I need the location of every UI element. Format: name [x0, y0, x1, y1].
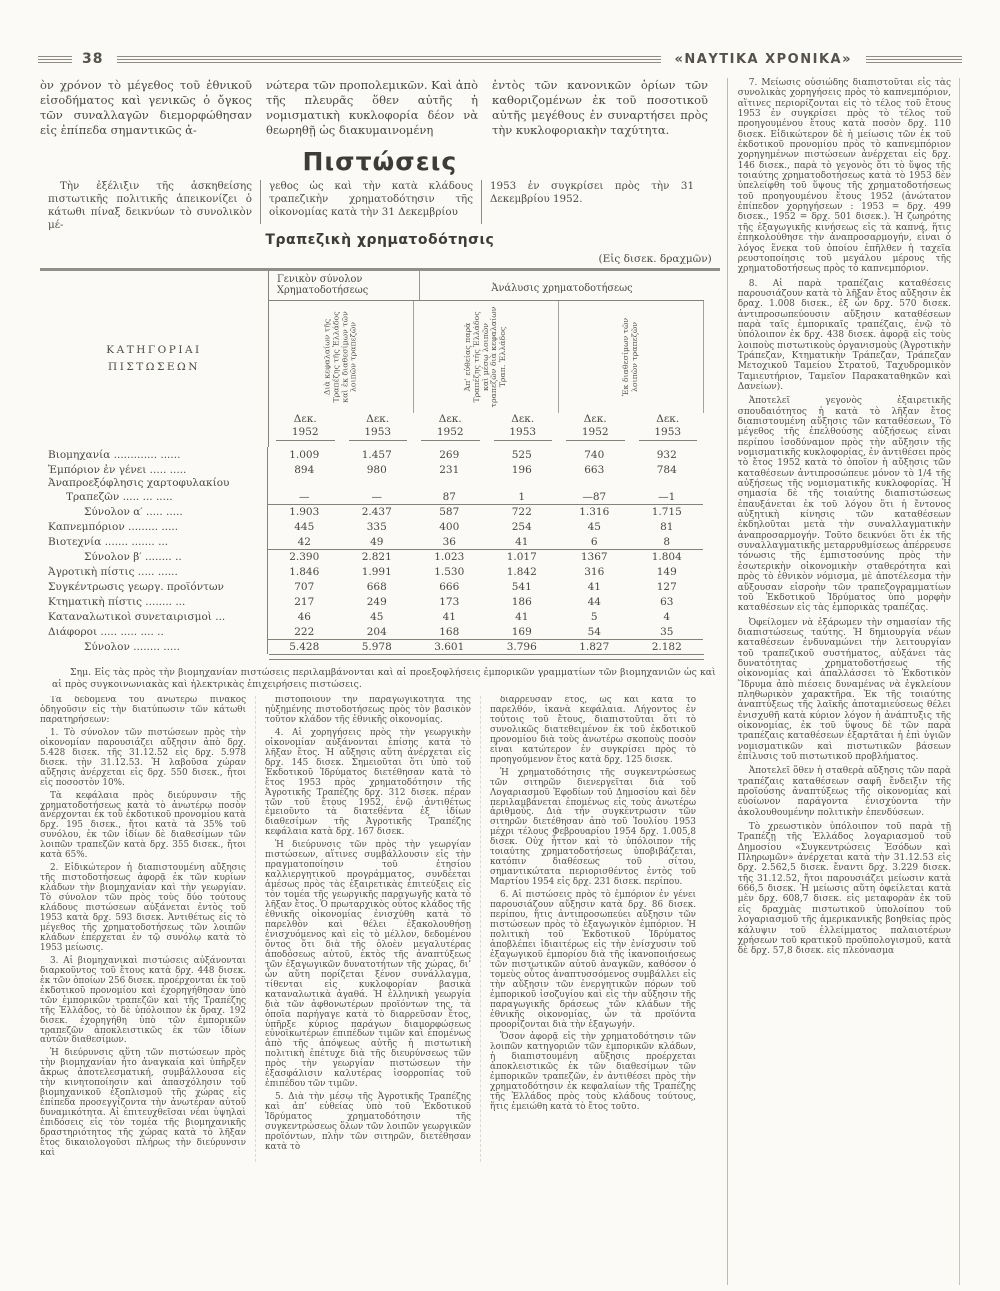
row-label: Καπνεμπόριον ......... ..... [40, 519, 268, 534]
cell-value: 5.428 [268, 639, 341, 654]
paragraph: 2. Εἰδικώτερον ἡ διαπιστουμένη αὔξησις τ… [40, 864, 246, 954]
main-columns: ὸν χρόνον τὸ μέγεθος τοῦ ἐθνικοῦ εἰσοδήμ… [40, 78, 720, 1285]
section-heading: Πιστώσεις [40, 147, 720, 176]
cell-value: 149 [631, 564, 704, 579]
paragraph: 7. Μείωσις οὐσιώδης διαπιστοῦται εἰς τὰς… [738, 78, 951, 275]
cell-value: 217 [268, 594, 341, 609]
paragraph: Τὰ δεδομένα τοῦ ἀνωτέρω πίνακος ὁδηγοῦσι… [40, 696, 246, 726]
cell-value: 204 [341, 624, 414, 639]
year-header-cell: Δεκ.1952 [269, 413, 342, 447]
body-column-1: Τὰ δεδομένα τοῦ ἀνωτέρω πίνακος ὁδηγοῦσι… [40, 696, 255, 1162]
cell-value: 316 [558, 564, 631, 579]
table-row: Διάφοροι ..... ..... .... .. 222 204 168… [40, 624, 704, 639]
table-row: Ἀγροτικὴ πίστις ..... ...... 1.846 1.991… [40, 564, 704, 579]
group-header-general-total: Γενικὸν σύνολον Χρηματοδοτήσεως [269, 271, 420, 301]
row-label: Συγκέντρωσις γεωργ. προϊόντων [40, 579, 268, 594]
cell-value: 1.903 [268, 504, 341, 519]
cell-value: 127 [631, 579, 704, 594]
magazine-page: 38 «ΝΑΥΤΙΚΑ ΧΡΟΝΙΚΑ» ὸν χρόνον τὸ μέγεθο… [0, 0, 1000, 1291]
body-column-2: πιστοποιοῦν τὴν παραγωγικότητα τῆς ηὐξημ… [255, 696, 480, 1162]
cell-value: 525 [486, 447, 559, 462]
row-label: Τραπεζῶν ..... ... ..... [40, 489, 268, 504]
row-label: Διάφοροι ..... ..... .... .. [40, 624, 268, 639]
cell-value: 1.827 [558, 639, 631, 654]
page-content: ὸν χρόνον τὸ μέγεθος τοῦ ἐθνικοῦ εἰσοδήμ… [40, 78, 960, 1285]
page-number: 38 [82, 51, 103, 67]
intro-column-1: ὸν χρόνον τὸ μέγεθος τοῦ ἐθνικοῦ εἰσοδήμ… [40, 78, 252, 138]
cell-value: 45 [341, 609, 414, 624]
row-label: Ἀγροτικὴ πίστις ..... ...... [40, 564, 268, 579]
row-label: Βιομηχανία ............. ...... [40, 447, 268, 462]
cell-value: 668 [341, 579, 414, 594]
body-section: Τὰ δεδομένα τοῦ ἀνωτέρω πίνακος ὁδηγοῦσι… [40, 696, 720, 1162]
cell-value: 6 [558, 534, 631, 549]
cell-value: 254 [486, 519, 559, 534]
paragraph: 5. Διὰ τὴν μέσῳ τῆς Ἀγροτικῆς Τραπέζης κ… [265, 1093, 471, 1153]
cell-value: 1 [486, 489, 559, 504]
paragraph: πιστοποιοῦν τὴν παραγωγικότητα τῆς ηὐξημ… [265, 696, 471, 726]
year-header-cell: Δεκ.1953 [487, 413, 560, 447]
cell-value: 81 [631, 519, 704, 534]
rotated-header-direct-bank-of-greece: Ἀπ’ εὐθείας παρὰ Τραπέζης τῆς Ἑλλάδος κα… [414, 301, 559, 413]
cell-value: 231 [413, 462, 486, 477]
cell-value: — [341, 489, 414, 504]
header-rule-left [38, 56, 72, 63]
table-row: Κτηματικὴ πίστις ........ ... 217 249 17… [40, 594, 704, 609]
cell-value: 5.978 [341, 639, 414, 654]
page-header: 38 «ΝΑΥΤΙΚΑ ΧΡΟΝΙΚΑ» [38, 48, 962, 70]
cell-value: 222 [268, 624, 341, 639]
table-row: Ἐμπόριον ἐν γένει ..... ..... 894 980 23… [40, 462, 704, 477]
cell-value: —87 [558, 489, 631, 504]
cell-value: 1.457 [341, 447, 414, 462]
header-rule-right [866, 56, 962, 63]
table-header: ΚΑΤΗΓΟΡΙΑΙ ΠΙΣΤΩΣΕΩΝ Γενικὸν σύνολον Χρη… [40, 271, 704, 447]
cell-value: 2.437 [341, 504, 414, 519]
cell-value: 41 [558, 579, 631, 594]
lead-column-3: 1953 ἐν συγκρίσει πρὸς τὴν 31 Δεκεμβρίου… [481, 180, 702, 224]
cell-value: 663 [558, 462, 631, 477]
magazine-title: «ΝΑΥΤΙΚΑ ΧΡΟΝΙΚΑ» [675, 52, 852, 67]
cell-value: 1.991 [341, 564, 414, 579]
row-label: Σύνολον ........ ..... [40, 639, 268, 654]
year-header-row: Δεκ.1952 Δεκ.1953 Δεκ.1952 Δεκ.1953 Δεκ.… [269, 413, 704, 447]
paragraph: Ἡ χρηματοδότησις τῆς συγκεντρώσεως τῶν σ… [490, 769, 696, 888]
year-header-cell: Δεκ.1952 [559, 413, 632, 447]
header-rule-middle [117, 56, 660, 63]
cell-value: 4 [631, 609, 704, 624]
table-row: Βιομηχανία ............. ...... 1.009 1.… [40, 447, 704, 462]
row-label: Κτηματικὴ πίστις ........ ... [40, 594, 268, 609]
paragraph: Ὅσον ἀφορᾷ εἰς τὴν χρηματοδότησιν τῶν λο… [490, 1033, 696, 1113]
right-column: 7. Μείωσις οὐσιώδης διαπιστοῦται εἰς τὰς… [727, 78, 960, 1285]
cell-value: 722 [486, 504, 559, 519]
paragraph: διαρρεῦσαν ἔτος, ὡς καὶ κατὰ τὸ παρελθόν… [490, 696, 696, 766]
cell-value: 173 [413, 594, 486, 609]
paragraph: Ἀποτελεῖ ὅθεν ἡ σταθερὰ αὔξησις τῶν παρὰ… [738, 766, 951, 818]
group-header-analysis: Ἀνάλυσις χρηματοδοτήσεως [420, 271, 704, 301]
cell-value: 249 [341, 594, 414, 609]
cell-value: 1.530 [413, 564, 486, 579]
cell-value: 445 [268, 519, 341, 534]
paragraph: 4. Αἱ χορηγήσεις πρὸς τὴν γεωργικὴν οἰκο… [265, 729, 471, 838]
cell-value: 666 [413, 579, 486, 594]
cell-value: 932 [631, 447, 704, 462]
cell-value: — [268, 489, 341, 504]
table-row-grand-total: Σύνολον ........ ..... 5.428 5.978 3.601… [40, 639, 704, 654]
cell-value: 35 [631, 624, 704, 639]
paragraph: 1. Τὸ σύνολον τῶν πιστώσεων πρὸς τὴν οἰκ… [40, 729, 246, 789]
cell-value: 186 [486, 594, 559, 609]
cell-value: 36 [413, 534, 486, 549]
cell-value: 784 [631, 462, 704, 477]
cell-value: 5 [558, 609, 631, 624]
cell-value: 63 [631, 594, 704, 609]
year-header-cell: Δεκ.1952 [414, 413, 487, 447]
cell-value: 269 [413, 447, 486, 462]
cell-value: 740 [558, 447, 631, 462]
cell-value: 1.842 [486, 564, 559, 579]
cell-value: 168 [413, 624, 486, 639]
row-label: Σύνολον β′ ........ .. [40, 549, 268, 564]
cell-value: 587 [413, 504, 486, 519]
table-row: Τραπεζῶν ..... ... ..... — — 87 1 —87 —1 [40, 489, 704, 504]
cell-value: 46 [268, 609, 341, 624]
cell-value: 169 [486, 624, 559, 639]
cell-value: 2.821 [341, 549, 414, 564]
table-title: Τραπεζικὴ χρηματοδότησις [40, 232, 720, 248]
cell-value: 87 [413, 489, 486, 504]
cell-value: 3.601 [413, 639, 486, 654]
cell-value: 41 [413, 609, 486, 624]
lead-paragraph: Τὴν ἐξέλιξιν τῆς ἀσκηθείσης πιστωτικῆς π… [40, 180, 720, 224]
row-label: Ἐμπόριον ἐν γένει ..... ..... [40, 462, 268, 477]
row-label: Ἀναπροεξόφλησις χαρτοφυλακίου [40, 477, 268, 489]
cell-value: 1367 [558, 549, 631, 564]
table-row: Συγκέντρωσις γεωργ. προϊόντων 707 668 66… [40, 579, 704, 594]
row-label: Σύνολον α′ ..... ..... [40, 504, 268, 519]
cell-value: —1 [631, 489, 704, 504]
cell-value: 3.796 [486, 639, 559, 654]
year-header-cell: Δεκ.1953 [632, 413, 705, 447]
intro-section: ὸν χρόνον τὸ μέγεθος τοῦ ἐθνικοῦ εἰσοδήμ… [40, 78, 720, 138]
cell-value: 8 [631, 534, 704, 549]
paragraph: Τὰ κεφάλαια πρὸς διεύρυνσιν τῆς χρηματοδ… [40, 792, 246, 862]
paragraph: Ὀφείλομεν νὰ ἐξάρωμεν τὴν σημασίαν τῆς δ… [738, 618, 951, 763]
cell-value: 45 [558, 519, 631, 534]
cell-value: 894 [268, 462, 341, 477]
paragraph: 8. Αἱ παρὰ τραπέζαις καταθέσεις παρουσιά… [738, 279, 951, 393]
cell-value: 1.715 [631, 504, 704, 519]
paragraph: Ἡ διεύρυνσις τῶν πρὸς τὴν γεωργίαν πιστώ… [265, 841, 471, 1090]
cell-value: 1.009 [268, 447, 341, 462]
row-label: Καταναλωτικοὶ συνεταιρισμοὶ ... [40, 609, 268, 624]
rotated-header-bank-capital: Διὰ κεφαλαίων τῆς Τραπέζης τῆς Ἑλλάδος κ… [269, 301, 414, 413]
intro-column-2: νώτερα τῶν προπολεμικῶν. Καὶ ἀπὸ τῆς πλε… [266, 78, 478, 138]
cell-value: 400 [413, 519, 486, 534]
paragraph: 6. Αἱ πιστώσεις πρὸς τὸ ἐμπόριον ἐν γένε… [490, 891, 696, 1030]
paragraph: 3. Αἱ βιομηχανικαὶ πιστώσεις αὐξάνονται … [40, 957, 246, 1047]
cell-value: 1.846 [268, 564, 341, 579]
cell-value: 49 [341, 534, 414, 549]
cell-value: 1.316 [558, 504, 631, 519]
cell-value: 54 [558, 624, 631, 639]
paragraph: Τὸ χρεωστικὸν ὑπόλοιπον τοῦ παρὰ τῇ Τραπ… [738, 822, 951, 956]
table-row: Καπνεμπόριον ......... ..... 445 335 400… [40, 519, 704, 534]
year-header-cell: Δεκ.1953 [342, 413, 415, 447]
table-note: Σημ. Εἰς τὰς πρὸς τὴν βιομηχανίαν πιστώσ… [52, 667, 716, 691]
cell-value: 2.182 [631, 639, 704, 654]
table-row: Ἀναπροεξόφλησις χαρτοφυλακίου [40, 477, 704, 489]
paragraph: Ἀποτελεῖ γεγονὸς ἐξαιρετικῆς σπουδαιότητ… [738, 396, 951, 613]
cell-value: 42 [268, 534, 341, 549]
cell-value: 41 [486, 609, 559, 624]
cell-value: 1.017 [486, 549, 559, 564]
body-column-3: διαρρεῦσαν ἔτος, ὡς καὶ κατὰ τὸ παρελθόν… [480, 696, 696, 1162]
table-row-subtotal-b: Σύνολον β′ ........ .. 2.390 2.821 1.023… [40, 549, 704, 564]
table-top-rule [40, 268, 720, 271]
lead-column-2: γεθος ὡς καὶ τὴν κατὰ κλάδους τραπεζικὴν… [260, 180, 481, 224]
table-bottom-rule [269, 654, 704, 660]
rotated-header-other-banks-funds: Ἐκ διαθεσίμων τῶν λοιπῶν τραπεζῶν [559, 301, 704, 413]
row-label: Βιοτεχνία ....... ....... ... [40, 534, 268, 549]
cell-value: 980 [341, 462, 414, 477]
cell-value: 41 [486, 534, 559, 549]
cell-value: 44 [558, 594, 631, 609]
table-row-subtotal-a: Σύνολον α′ ..... ..... 1.903 2.437 587 7… [40, 504, 704, 519]
credit-table: ΚΑΤΗΓΟΡΙΑΙ ΠΙΣΤΩΣΕΩΝ Γενικὸν σύνολον Χρη… [40, 271, 704, 660]
cell-value: 1.023 [413, 549, 486, 564]
table-row: Βιοτεχνία ....... ....... ... 42 49 36 4… [40, 534, 704, 549]
cell-value: 2.390 [268, 549, 341, 564]
table-row: Καταναλωτικοὶ συνεταιρισμοὶ ... 46 45 41… [40, 609, 704, 624]
cell-value: 707 [268, 579, 341, 594]
categories-header: ΚΑΤΗΓΟΡΙΑΙ ΠΙΣΤΩΣΕΩΝ [40, 271, 269, 447]
lead-column-1: Τὴν ἐξέλιξιν τῆς ἀσκηθείσης πιστωτικῆς π… [40, 180, 260, 224]
cell-value: 541 [486, 579, 559, 594]
intro-column-3: ἐντὸς τῶν κανονικῶν ὁρίων τῶν καθοριζομέ… [492, 78, 708, 138]
paragraph: Ἡ διεύρυνσις αὕτη τῶν πιστώσεων πρὸς τὴν… [40, 1049, 246, 1158]
cell-value: 335 [341, 519, 414, 534]
cell-value: 196 [486, 462, 559, 477]
cell-value: 1.804 [631, 549, 704, 564]
table-units: (Εἰς δισεκ. δραχμῶν) [40, 253, 720, 265]
